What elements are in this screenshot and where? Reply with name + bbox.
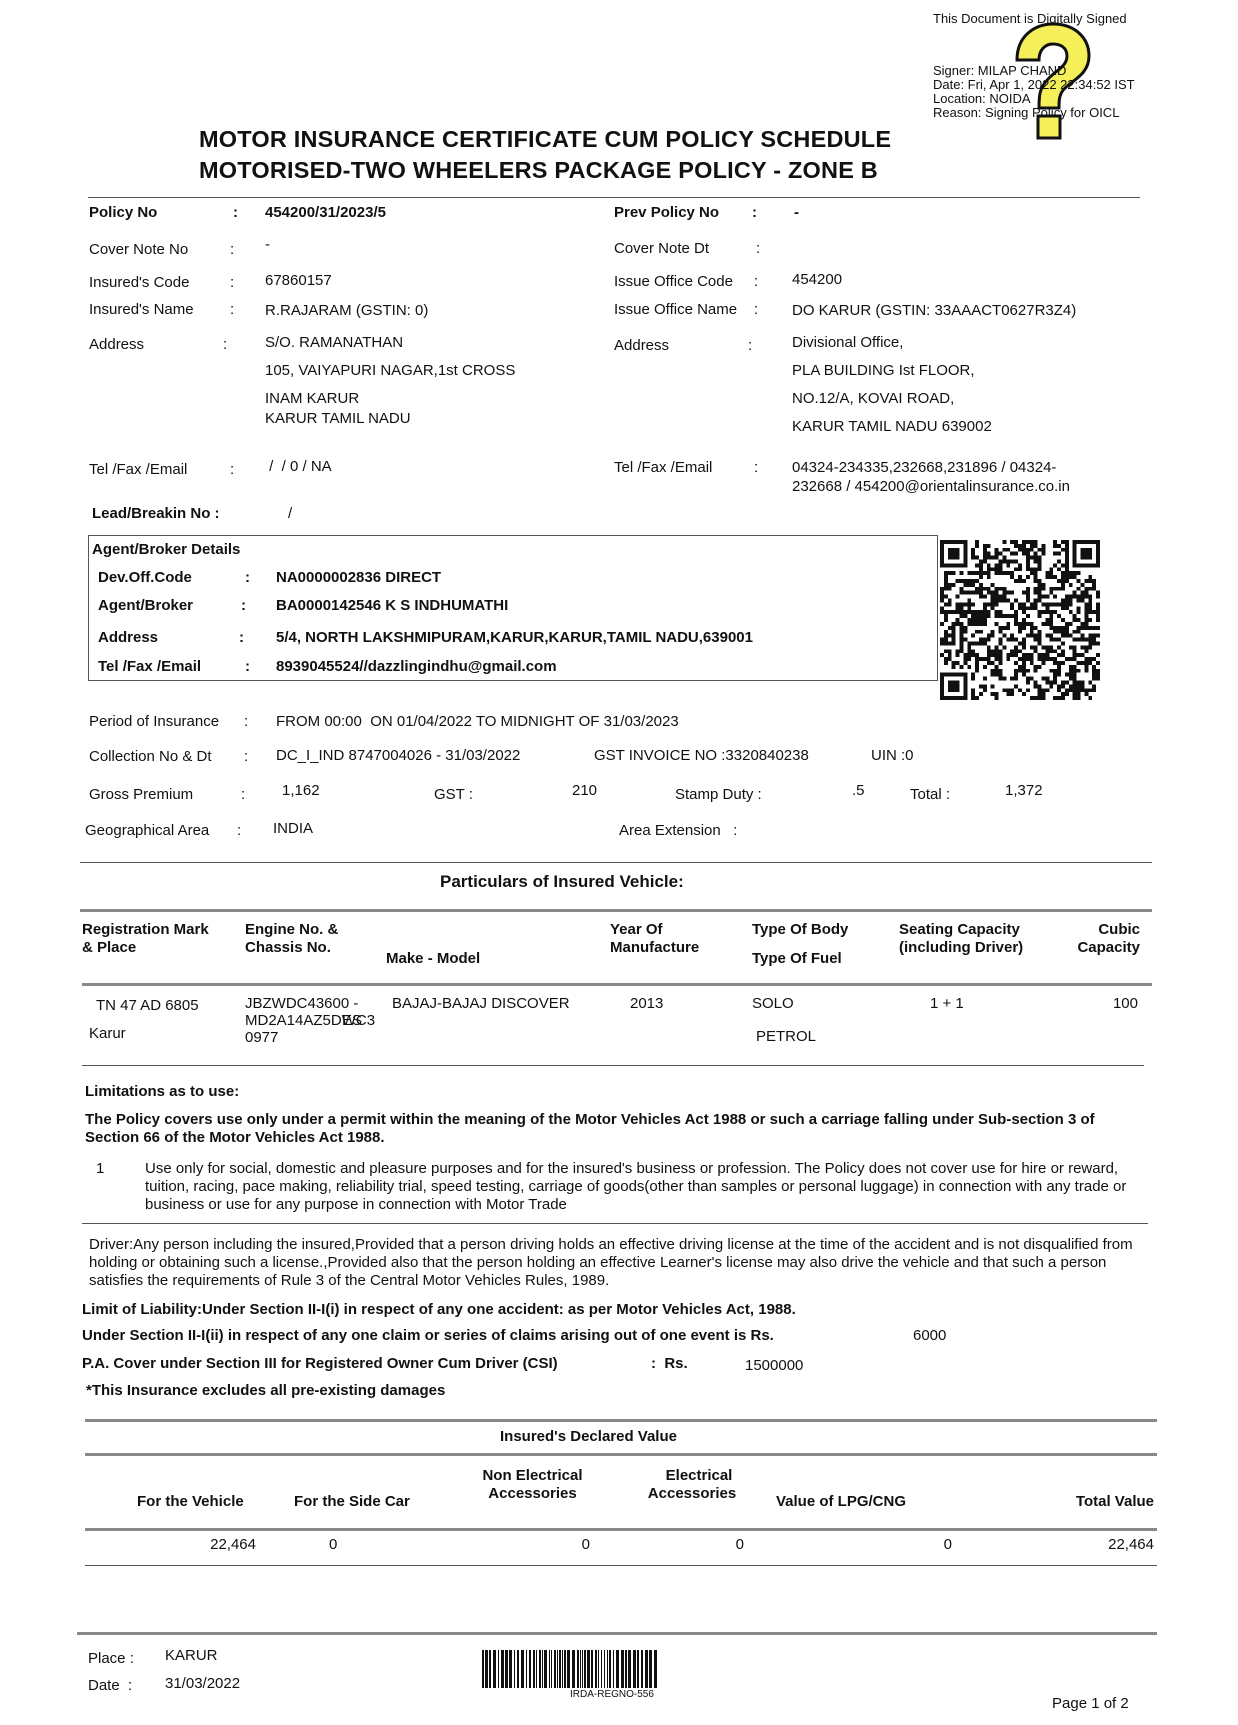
insured-code-value: 67860157 — [265, 272, 332, 289]
col-header-line: (including Driver) — [899, 939, 1023, 957]
agent-address-value: 5/4, NORTH LAKSHMIPURAM,KARUR,KARUR,TAMI… — [276, 629, 753, 646]
col-header-registration: Registration Mark & Place — [82, 921, 209, 957]
limitation-item-number: 1 — [96, 1160, 104, 1177]
gross-premium-value: 1,162 — [282, 782, 320, 799]
policy-no-value: 454200/31/2023/5 — [265, 204, 386, 221]
col-header-fuel-type: Type Of Fuel — [752, 950, 842, 968]
col-header-make-model: Make - Model — [386, 950, 480, 968]
uin: UIN :0 — [871, 747, 914, 764]
idv-vehicle-value: 22,464 — [180, 1536, 256, 1553]
period-value: FROM 00:00 ON 01/04/2022 TO MIDNIGHT OF … — [276, 713, 679, 730]
place-value: KARUR — [165, 1647, 218, 1664]
divider — [80, 862, 1152, 863]
make-model: BAJAJ-BAJAJ DISCOVER ES — [342, 995, 570, 1029]
insured-contact-value: / / 0 / NA — [265, 458, 332, 475]
insured-name-value: R.RAJARAM (GSTIN: 0) — [265, 302, 428, 319]
col-header-year: Year Of Manufacture — [610, 921, 699, 957]
insured-address-label: Address — [89, 336, 144, 353]
stamp-duty-value: .5 — [852, 782, 865, 799]
barcode-icon — [480, 1650, 660, 1688]
cover-note-no-value: - — [265, 236, 270, 253]
idv-non-electrical-value: 0 — [560, 1536, 590, 1553]
colon: : — [230, 301, 234, 318]
divider — [85, 1419, 1157, 1422]
colon: : — [241, 786, 245, 803]
agent-broker-label: Agent/Broker — [98, 597, 193, 614]
office-contact-line: 232668 / 454200@orientalinsurance.co.in — [792, 478, 1070, 495]
date-label: Date : — [88, 1677, 132, 1694]
col-header-line: Chassis No. — [245, 939, 338, 957]
col-header-body-type: Type Of Body — [752, 921, 848, 939]
col-header-seating: Seating Capacity (including Driver) — [899, 921, 1023, 957]
col-header-line: Electrical — [640, 1467, 744, 1485]
divider — [88, 197, 1140, 198]
idv-header-electrical: Electrical Accessories — [640, 1467, 744, 1503]
colon: : — [230, 461, 234, 478]
place-label: Place : — [88, 1650, 134, 1667]
limitations-text: The Policy covers use only under a permi… — [85, 1111, 1135, 1147]
signature-date: Date: Fri, Apr 1, 2022 22:34:52 IST — [933, 78, 1135, 92]
colon: : — [233, 204, 238, 221]
col-header-line: Non Electrical — [470, 1467, 595, 1485]
liability-line-1: Limit of Liability:Under Section II-I(i)… — [82, 1301, 796, 1318]
agent-broker-value: BA0000142546 K S INDHUMATHI — [276, 597, 508, 614]
registration-place: Karur — [89, 1025, 126, 1042]
idv-header-side-car: For the Side Car — [294, 1493, 410, 1511]
cover-note-dt-label: Cover Note Dt — [614, 240, 709, 257]
dev-off-code-value: NA0000002836 DIRECT — [276, 569, 441, 586]
agent-contact-value: 8939045524//dazzlingindhu@gmail.com — [276, 658, 557, 675]
col-header-cubic: Cubic Capacity — [1068, 921, 1140, 957]
col-header-line: Manufacture — [610, 939, 699, 957]
geo-area-value: INDIA — [273, 820, 313, 837]
signature-signer: Signer: MILAP CHAND — [933, 64, 1066, 78]
page-number: Page 1 of 2 — [1052, 1695, 1129, 1712]
liability-line-2: Under Section II-I(ii) in respect of any… — [82, 1327, 774, 1344]
signature-location: Location: NOIDA — [933, 92, 1031, 106]
col-header-line: Cubic — [1068, 921, 1140, 939]
divider — [82, 1065, 1144, 1066]
divider — [85, 1528, 1157, 1531]
gst-invoice-no: GST INVOICE NO :3320840238 — [594, 747, 809, 764]
registration-mark: TN 47 AD 6805 — [96, 997, 199, 1014]
idv-heading: Insured's Declared Value — [500, 1428, 677, 1445]
exclusion-note: *This Insurance excludes all pre-existin… — [86, 1382, 445, 1399]
office-address-line: KARUR TAMIL NADU 639002 — [792, 418, 992, 435]
prev-policy-no-label: Prev Policy No — [614, 204, 719, 221]
colon: : — [239, 629, 244, 646]
office-address-label: Address — [614, 337, 669, 354]
colon: : — [241, 597, 246, 614]
cubic-capacity: 100 — [1100, 995, 1138, 1012]
office-address-line: NO.12/A, KOVAI ROAD, — [792, 390, 954, 407]
col-header-engine-chassis: Engine No. & Chassis No. — [245, 921, 338, 957]
colon: : — [748, 337, 752, 354]
collection-value: DC_I_IND 8747004026 - 31/03/2022 — [276, 747, 520, 764]
divider — [82, 1223, 1148, 1224]
make-model-line: ES — [342, 1012, 570, 1029]
pa-cover-sep: : Rs. — [651, 1355, 688, 1372]
gst-label: GST : — [434, 786, 473, 803]
signature-reason: Reason: Signing Policy for OICL — [933, 106, 1119, 120]
colon: : — [237, 822, 241, 839]
driver-clause: Driver:Any person including the insured,… — [89, 1236, 1139, 1290]
divider — [85, 1565, 1157, 1566]
colon: : — [223, 336, 227, 353]
divider — [85, 1453, 1157, 1456]
agent-heading: Agent/Broker Details — [92, 541, 240, 558]
body-type: SOLO — [752, 995, 794, 1012]
colon: : — [754, 273, 758, 290]
lead-breakin-label: Lead/Breakin No : — [92, 505, 220, 522]
agent-contact-label: Tel /Fax /Email — [98, 658, 201, 675]
col-header-line: Accessories — [640, 1485, 744, 1503]
colon: : — [244, 713, 248, 730]
office-contact-line: 04324-234335,232668,231896 / 04324- — [792, 459, 1056, 476]
limitations-heading: Limitations as to use: — [85, 1083, 239, 1100]
idv-header-total: Total Value — [1050, 1493, 1154, 1511]
idv-lpg-cng-value: 0 — [922, 1536, 952, 1553]
pa-cover-label: P.A. Cover under Section III for Registe… — [82, 1355, 558, 1372]
issue-office-name-value: DO KARUR (GSTIN: 33AAACT0627R3Z4) — [792, 302, 1076, 319]
insured-code-label: Insured's Code — [89, 274, 189, 291]
colon: : — [230, 274, 234, 291]
limitation-item-text: Use only for social, domestic and pleasu… — [145, 1160, 1135, 1214]
prev-policy-no-value: - — [794, 204, 799, 221]
divider — [80, 909, 1152, 912]
idv-total-value: 22,464 — [1070, 1536, 1154, 1553]
lead-breakin-value: / — [288, 505, 292, 522]
insured-address-line: KARUR TAMIL NADU — [265, 410, 411, 427]
stamp-duty-label: Stamp Duty : — [675, 786, 762, 803]
cover-note-no-label: Cover Note No — [89, 241, 188, 258]
engine-chassis-line: 0977 — [245, 1029, 375, 1046]
area-extension-label: Area Extension : — [619, 822, 737, 839]
col-header-line: Engine No. & — [245, 921, 338, 939]
gross-premium-label: Gross Premium — [89, 786, 193, 803]
dev-off-code-label: Dev.Off.Code — [98, 569, 192, 586]
pa-cover-amount: 1500000 — [745, 1357, 803, 1374]
office-contact-label: Tel /Fax /Email — [614, 459, 712, 476]
col-header-line: & Place — [82, 939, 209, 957]
year-of-manufacture: 2013 — [630, 995, 663, 1012]
issue-office-code-label: Issue Office Code — [614, 273, 733, 290]
office-address-line: Divisional Office, — [792, 334, 903, 351]
document-title: MOTOR INSURANCE CERTIFICATE CUM POLICY S… — [199, 126, 891, 153]
barcode-caption: IRDA-REGNO-556 — [570, 1689, 654, 1700]
make-model-line: BAJAJ-BAJAJ DISCOVER — [342, 995, 570, 1012]
col-header-line: Year Of — [610, 921, 699, 939]
issue-office-code-value: 454200 — [792, 271, 842, 288]
period-label: Period of Insurance — [89, 713, 219, 730]
divider — [77, 1632, 1157, 1635]
idv-electrical-value: 0 — [714, 1536, 744, 1553]
insured-address-line: 105, VAIYAPURI NAGAR,1st CROSS — [265, 362, 515, 379]
office-address-line: PLA BUILDING Ist FLOOR, — [792, 362, 975, 379]
colon: : — [245, 658, 250, 675]
colon: : — [752, 204, 757, 221]
colon: : — [754, 459, 758, 476]
policy-no-label: Policy No — [89, 204, 157, 221]
insured-name-label: Insured's Name — [89, 301, 194, 318]
idv-header-vehicle: For the Vehicle — [137, 1493, 244, 1511]
col-header-line: Capacity — [1068, 939, 1140, 957]
col-header-line: Seating Capacity — [899, 921, 1023, 939]
divider — [82, 983, 1152, 986]
date-value: 31/03/2022 — [165, 1675, 240, 1692]
idv-side-car-value: 0 — [329, 1536, 337, 1553]
issue-office-name-label: Issue Office Name — [614, 301, 737, 318]
insured-contact-label: Tel /Fax /Email — [89, 461, 187, 478]
col-header-line: Registration Mark — [82, 921, 209, 939]
seating-capacity: 1 + 1 — [930, 995, 964, 1012]
gst-value: 210 — [572, 782, 597, 799]
col-header-line: Accessories — [470, 1485, 595, 1503]
insured-address-line: S/O. RAMANATHAN — [265, 334, 403, 351]
total-premium-value: 1,372 — [1005, 782, 1043, 799]
colon: : — [754, 301, 758, 318]
idv-header-lpg-cng: Value of LPG/CNG — [776, 1493, 906, 1511]
insured-address-line: INAM KARUR — [265, 390, 359, 407]
colon: : — [244, 748, 248, 765]
document-subtitle: MOTORISED-TWO WHEELERS PACKAGE POLICY - … — [199, 157, 878, 184]
geo-area-label: Geographical Area — [85, 822, 209, 839]
fuel-type: PETROL — [756, 1028, 816, 1045]
colon: : — [756, 240, 760, 257]
vehicle-section-heading: Particulars of Insured Vehicle: — [440, 872, 684, 892]
colon: : — [245, 569, 250, 586]
liability-amount: 6000 — [913, 1327, 946, 1344]
collection-label: Collection No & Dt — [89, 748, 212, 765]
total-premium-label: Total : — [910, 786, 950, 803]
colon: : — [230, 241, 234, 258]
qr-code-icon — [940, 540, 1100, 700]
idv-header-non-electrical: Non Electrical Accessories — [470, 1467, 595, 1503]
agent-address-label: Address — [98, 629, 158, 646]
